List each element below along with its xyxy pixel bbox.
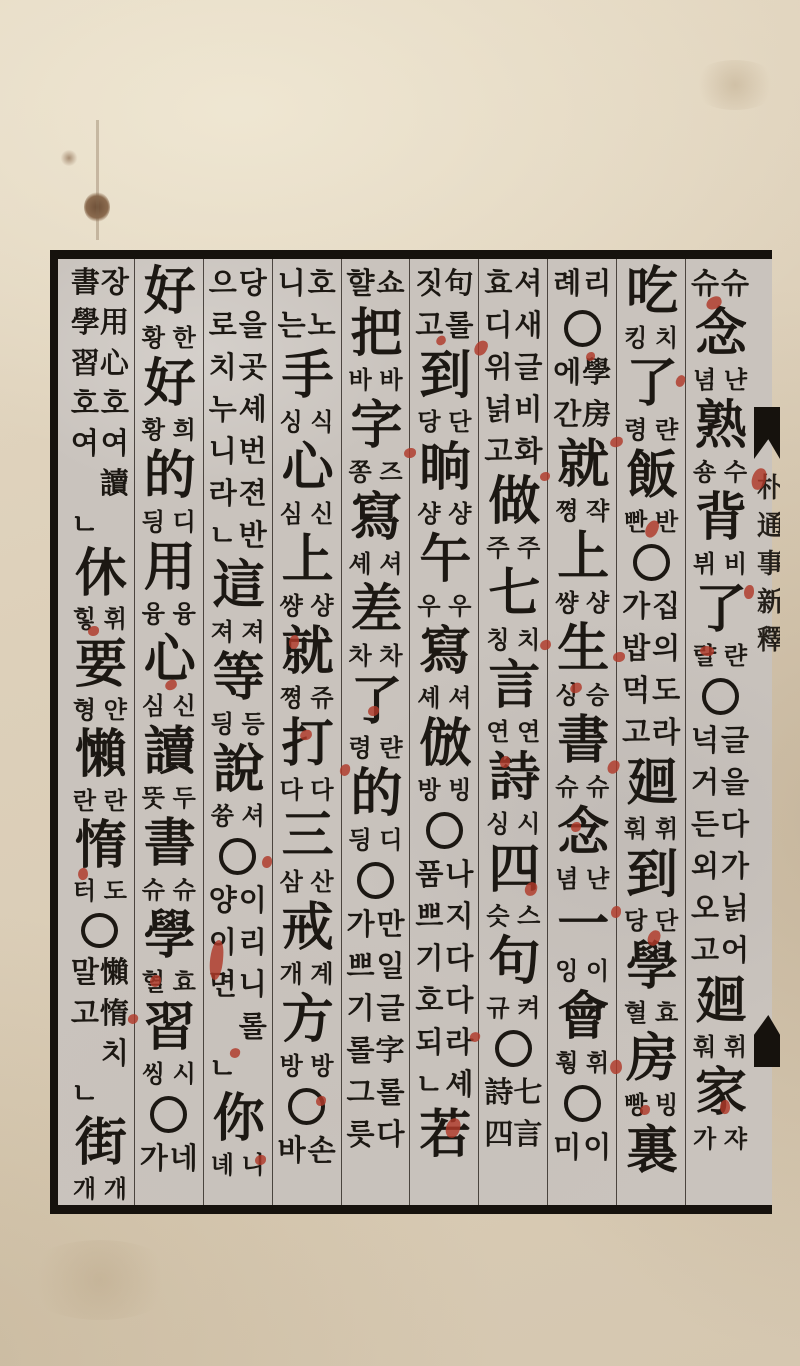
- gloss-right: 리: [239, 923, 267, 963]
- gloss-left: 양: [209, 881, 237, 921]
- reading-right: 차: [379, 642, 402, 672]
- reading-pair: 란란: [73, 786, 127, 817]
- gloss-left: 기: [347, 989, 375, 1029]
- gloss-right: 네: [170, 1139, 198, 1179]
- hanja-char: 裏: [626, 1122, 676, 1182]
- gloss-right: 句: [444, 264, 473, 304]
- gloss-right: 惰: [100, 994, 129, 1034]
- gloss-pair: 讀: [71, 464, 129, 504]
- reading-pair: 령랸: [624, 415, 678, 447]
- gloss-pair: 든다: [691, 804, 749, 846]
- reading-pair: 개개: [73, 1174, 127, 1205]
- gloss-pair: 기다: [415, 938, 473, 980]
- gloss-pair: 넉글: [691, 720, 749, 762]
- reading-left: 방: [417, 776, 440, 806]
- gloss-pair: 례리: [553, 263, 611, 305]
- hanja-char: 要: [75, 636, 125, 696]
- reading-right: 슈: [173, 876, 196, 906]
- reading-right: 랸: [655, 416, 678, 446]
- reading-left: 뷔: [693, 550, 716, 580]
- text-column-3: 례리에學간房就쪙쟉上썅샹生싱승書슈슈念념냔一잉이會훵휘미이: [547, 259, 616, 1205]
- hanja-char: 方: [282, 991, 332, 1051]
- hanja-char: 好: [144, 355, 194, 415]
- gloss-left: 넉: [691, 721, 719, 761]
- gloss-right: 言: [513, 1115, 542, 1155]
- reading-pair: 싱시: [486, 809, 540, 841]
- gloss-left: 詩: [484, 1073, 513, 1113]
- reading-pair: 뚯두: [142, 783, 196, 815]
- printed-text-block: 슈슈念념냔熟숑수背뷔비了랼랸넉글거을든다외가오닑고어廻훠휘家가쟈吃킹치了령랸飯빤…: [50, 250, 772, 1214]
- circle-marker: [81, 913, 118, 949]
- gloss-left: 품: [415, 855, 443, 895]
- hanja-char: 心: [282, 439, 332, 499]
- gloss-left: 든: [691, 805, 719, 845]
- reading-left: 념: [693, 366, 716, 396]
- gloss-right: 心: [100, 344, 129, 384]
- reading-right: 바: [379, 366, 402, 396]
- reading-pair: 쪙쥬: [280, 683, 334, 715]
- reading-pair: 싱식: [280, 407, 334, 439]
- reading-left: 쪙: [280, 684, 303, 714]
- reading-pair: 딍등: [211, 709, 265, 741]
- gloss-left: 고: [691, 931, 719, 971]
- reading-left: 가: [693, 1125, 716, 1155]
- gloss-left: ㄴ: [415, 1065, 443, 1105]
- gloss-right: 장: [101, 263, 129, 303]
- reading-pair: 연연: [486, 717, 540, 749]
- gloss-pair: 되라: [415, 1022, 473, 1064]
- gloss-right: 리: [583, 264, 611, 304]
- gloss-right: 번: [239, 432, 267, 472]
- fishtail-mark-bottom: [754, 1015, 780, 1067]
- reading-left: 셰: [349, 550, 372, 580]
- reading-right: 주: [517, 534, 540, 564]
- reading-right: 융: [173, 600, 196, 630]
- reading-right: 계: [310, 960, 333, 990]
- hanja-char: 說: [213, 741, 263, 801]
- gloss-pair: 먹도: [622, 670, 680, 712]
- gloss-pair: 가만: [347, 904, 405, 946]
- hanja-char: 晌: [419, 439, 469, 499]
- hanja-char: 三: [282, 807, 332, 867]
- gloss-pair: 그롤: [347, 1072, 405, 1114]
- reading-left: 녜: [211, 1151, 234, 1181]
- gloss-pair: 習心: [71, 344, 129, 384]
- reading-right: 연: [517, 718, 540, 748]
- gloss-right: 다: [377, 1115, 405, 1155]
- gloss-right: 당: [239, 264, 267, 304]
- reading-right: 수: [724, 458, 747, 488]
- reading-right: 냔: [724, 366, 747, 396]
- hanja-char: 的: [144, 447, 194, 507]
- gloss-right: 이: [583, 1128, 611, 1168]
- gloss-right: 다: [445, 981, 473, 1021]
- gloss-left: 여: [71, 424, 99, 464]
- circle-marker: [219, 838, 256, 875]
- hanja-char: 倣: [419, 715, 469, 775]
- hanja-char: 家: [695, 1064, 745, 1124]
- gloss-left: 거: [691, 763, 719, 803]
- reading-pair: 샹샹: [417, 499, 471, 531]
- gloss-left: ㄴ: [71, 505, 99, 545]
- reading-left: 란: [73, 787, 96, 817]
- reading-right: 샹: [448, 500, 471, 530]
- reading-pair: 썅샹: [280, 591, 334, 623]
- gloss-left: 호: [415, 981, 443, 1021]
- hanja-char: 一: [557, 896, 607, 956]
- reading-left: 숑: [693, 458, 716, 488]
- reading-right: 디: [379, 826, 402, 856]
- hanja-char: 廻: [626, 754, 676, 814]
- gloss-pair: 기글: [347, 988, 405, 1030]
- reading-left: 념: [555, 865, 578, 895]
- reading-pair: 잉이: [555, 956, 609, 988]
- gloss-pair: 니호: [278, 263, 336, 305]
- reading-pair: 가쟈: [693, 1124, 747, 1156]
- reading-right: 셔: [379, 550, 402, 580]
- gloss-left: 릇: [347, 1115, 375, 1155]
- reading-right: 두: [173, 784, 196, 814]
- gloss-pair: 짓句: [415, 263, 473, 305]
- gloss-left: 가: [347, 905, 375, 945]
- hanja-char: 到: [419, 347, 469, 407]
- gloss-right: 셰: [239, 390, 267, 430]
- hanja-char: 上: [282, 531, 332, 591]
- reading-pair: 녜니: [211, 1150, 265, 1182]
- gloss-right: 롤: [377, 1073, 405, 1113]
- gloss-left: 쁘: [415, 897, 443, 937]
- reading-pair: 방방: [280, 1051, 334, 1083]
- reading-right: 랸: [379, 734, 402, 764]
- text-column-4: 효셔디새위글넑비고화做주주七칭치言연연詩싱시四슷스句규켜詩七四言: [478, 259, 547, 1205]
- reading-right: 스: [517, 902, 540, 932]
- circle-marker: [288, 1088, 325, 1125]
- reading-left: 싱: [280, 408, 303, 438]
- gloss-right: 롤: [445, 306, 473, 346]
- gloss-pair: 거을: [691, 762, 749, 804]
- circle-marker: [426, 812, 463, 849]
- gloss-right: 라: [652, 713, 680, 753]
- gloss-right: 새: [514, 306, 542, 346]
- reading-left: 훵: [555, 1049, 578, 1079]
- hanja-char: 戒: [282, 899, 332, 959]
- gloss-pair: 으당: [209, 263, 267, 305]
- gloss-right: 讀: [100, 464, 129, 504]
- hanja-char: 熟: [695, 397, 745, 457]
- gloss-pair: 품나: [415, 854, 473, 896]
- hanja-char: 房: [626, 1030, 676, 1090]
- circle-marker: [357, 862, 394, 899]
- text-column-10: 書장學用習心호호여여讀ㄴ休힣휘要형얀懶란란惰터도말懶고惰치ㄴ街개개: [66, 259, 134, 1205]
- spine-title-char: 通: [757, 507, 780, 545]
- gloss-left: 學: [71, 303, 100, 343]
- reading-right: 치: [517, 626, 540, 656]
- gloss-pair: 고惰: [71, 994, 129, 1034]
- hanja-char: 言: [488, 657, 538, 717]
- reading-pair: 뷔비: [693, 549, 747, 581]
- reading-right: 쟉: [586, 497, 609, 527]
- gloss-pair: 고화: [484, 431, 542, 473]
- gloss-left: 위: [484, 348, 512, 388]
- reading-left: 훠: [693, 1033, 716, 1063]
- gloss-right: 지: [445, 897, 473, 937]
- reading-right: 랸: [724, 642, 747, 672]
- gloss-pair: 양이: [209, 880, 267, 922]
- gloss-right: 의: [652, 629, 680, 669]
- gloss-left: 먹: [622, 671, 650, 711]
- gloss-pair: 위글: [484, 347, 542, 389]
- gloss-left: 는: [278, 306, 306, 346]
- hanja-char: 念: [695, 305, 745, 365]
- hanja-char: 詩: [488, 749, 538, 809]
- reading-right: 얀: [104, 696, 127, 726]
- reading-pair: 바바: [349, 365, 403, 397]
- hanja-char: 背: [695, 489, 745, 549]
- gloss-left: 바: [278, 1131, 306, 1171]
- text-column-8: 으당로을치곳누셰니번라젼ㄴ반這져져等딍등說쓩셔양이이리면니롤ㄴ你녜니: [203, 259, 272, 1205]
- reading-left: 다: [280, 776, 303, 806]
- gloss-pair: 로을: [209, 305, 267, 347]
- gloss-left: ㄴ: [209, 516, 237, 556]
- reading-right: 쥬: [310, 684, 333, 714]
- reading-pair: 슈슈: [555, 772, 609, 804]
- gloss-pair: 에學: [553, 352, 611, 394]
- gloss-right: 글: [514, 348, 542, 388]
- gloss-left: 니: [278, 264, 306, 304]
- gloss-right: 호: [101, 384, 129, 424]
- hanja-char: 若: [419, 1106, 469, 1166]
- reading-left: 터: [73, 877, 96, 907]
- gloss-left: 디: [484, 306, 512, 346]
- reading-pair: 혈효: [624, 998, 678, 1030]
- reading-pair: 심신: [142, 691, 196, 723]
- hanja-char: 書: [557, 712, 607, 772]
- fishtail-mark-top: [754, 407, 780, 459]
- gloss-left: 가: [622, 587, 650, 627]
- reading-pair: 킹치: [624, 323, 678, 355]
- reading-pair: 쪙쟉: [555, 496, 609, 528]
- gloss-right: 셰: [445, 1065, 473, 1105]
- gloss-left: 고: [484, 432, 512, 472]
- gloss-right: 쇼: [377, 264, 405, 304]
- gloss-pair: 롤: [209, 1006, 267, 1048]
- reading-pair: 심신: [280, 499, 334, 531]
- gloss-right: 롤: [239, 1007, 267, 1047]
- reading-left: 형: [73, 696, 96, 726]
- gloss-pair: 오닑: [691, 888, 749, 930]
- gloss-left: ㄴ: [71, 1074, 99, 1114]
- reading-left: 혈: [624, 999, 647, 1029]
- reading-right: 우: [448, 592, 471, 622]
- reading-pair: 황한: [142, 323, 196, 355]
- reading-right: 효: [655, 999, 678, 1029]
- reading-left: 개: [73, 1175, 96, 1205]
- reading-right: 식: [310, 408, 333, 438]
- reading-pair: 딍디: [142, 507, 196, 539]
- gloss-right: 字: [376, 1031, 405, 1071]
- hanja-char: 把: [351, 305, 401, 365]
- gloss-pair: 는노: [278, 305, 336, 347]
- gloss-right: 셔: [514, 264, 542, 304]
- reading-right: 휘: [104, 605, 127, 635]
- gloss-left: 에: [553, 353, 581, 393]
- reading-right: 도: [104, 877, 127, 907]
- text-column-6: 햘쇼把바바字쫑즈寫셰셔差차차了령랸的딍디가만쁘일기글롤字그롤릇다: [341, 259, 410, 1205]
- reading-right: 비: [724, 550, 747, 580]
- gloss-left: 효: [484, 264, 512, 304]
- reading-left: 쫑: [349, 458, 372, 488]
- hanja-char: 的: [351, 765, 401, 825]
- reading-right: 샹: [310, 592, 333, 622]
- gloss-left: 그: [347, 1073, 375, 1113]
- reading-pair: 숑수: [693, 457, 747, 489]
- reading-left: 연: [486, 718, 509, 748]
- reading-pair: 우우: [417, 591, 471, 623]
- reading-pair: 개계: [280, 959, 334, 991]
- gloss-pair: 말懶: [71, 953, 129, 993]
- reading-pair: 방빙: [417, 775, 471, 807]
- gloss-pair: 치: [71, 1034, 129, 1074]
- gloss-pair: 書장: [71, 263, 129, 303]
- gloss-right: 닑: [721, 889, 749, 929]
- reading-right: 신: [173, 692, 196, 722]
- reading-left: 쪙: [555, 497, 578, 527]
- hanja-char: 字: [351, 397, 401, 457]
- reading-left: 심: [142, 692, 165, 722]
- gloss-pair: 치곳: [209, 347, 267, 389]
- gloss-left: 되: [415, 1023, 443, 1063]
- gloss-pair: ㄴ: [71, 505, 129, 545]
- gloss-pair: ㄴ셰: [415, 1064, 473, 1106]
- hanja-char: 你: [213, 1090, 263, 1150]
- gloss-left: 니: [209, 432, 237, 472]
- reading-right: 시: [173, 1060, 196, 1090]
- reading-left: 셰: [417, 684, 440, 714]
- reading-right: 방: [310, 1052, 333, 1082]
- reading-pair: 규켜: [486, 993, 540, 1025]
- reading-left: 황: [142, 324, 165, 354]
- gloss-right: 슈: [721, 264, 749, 304]
- gloss-left: 고: [622, 713, 650, 753]
- reading-pair: 다다: [280, 775, 334, 807]
- gloss-left: 라: [209, 474, 237, 514]
- gloss-left: 오: [691, 889, 719, 929]
- gloss-left: 로: [209, 306, 237, 346]
- spine-title: 朴通事新釋: [757, 469, 780, 659]
- gloss-pair: 四言: [484, 1114, 542, 1156]
- reading-right: 효: [173, 968, 196, 998]
- reading-right: 져: [242, 618, 265, 648]
- reading-left: 샹: [417, 500, 440, 530]
- reading-left: 융: [142, 600, 165, 630]
- reading-left: 삼: [280, 868, 303, 898]
- reading-right: 시: [517, 810, 540, 840]
- reading-pair: 슈슈: [142, 875, 196, 907]
- reading-right: 휘: [586, 1049, 609, 1079]
- reading-pair: 딍디: [349, 825, 403, 857]
- gloss-right: 노: [308, 306, 336, 346]
- hanja-char: 休: [75, 545, 125, 605]
- reading-pair: 훠휘: [624, 814, 678, 846]
- hanja-char: 寫: [351, 489, 401, 549]
- reading-right: 디: [173, 508, 196, 538]
- hanja-char: 好: [144, 263, 194, 323]
- reading-right: 란: [104, 787, 127, 817]
- gloss-pair: 호다: [415, 980, 473, 1022]
- reading-left: 슈: [142, 876, 165, 906]
- paper-stain: [84, 192, 110, 222]
- gloss-right: 글: [721, 721, 749, 761]
- gloss-right: 손: [308, 1131, 336, 1171]
- gloss-right: 곳: [239, 348, 267, 388]
- gloss-right: 用: [100, 303, 129, 343]
- gloss-pair: 쁘일: [347, 946, 405, 988]
- gloss-right: 이: [239, 881, 267, 921]
- gloss-left: 간: [553, 395, 581, 435]
- reading-right: 승: [586, 681, 609, 711]
- reading-pair: 훠휘: [693, 1032, 747, 1064]
- reading-left: 뚯: [142, 784, 165, 814]
- text-column-2: 吃킹치了령랸飯빤반가집밥의먹도고라廻훠휘到당단學혈효房빵빙裏: [616, 259, 685, 1205]
- gloss-right: 만: [377, 905, 405, 945]
- hanja-char: 上: [557, 528, 607, 588]
- hanja-char: 讀: [144, 723, 194, 783]
- circle-marker: [150, 1096, 187, 1133]
- reading-left: 차: [349, 642, 372, 672]
- reading-pair: 슷스: [486, 901, 540, 933]
- reading-pair: 져져: [211, 617, 265, 649]
- paper-stain: [20, 1240, 180, 1320]
- gloss-pair: 가네: [140, 1138, 198, 1180]
- reading-right: 빙: [655, 1091, 678, 1121]
- gloss-left: 누: [209, 390, 237, 430]
- hanja-char: 打: [282, 715, 332, 775]
- hanja-char: 用: [144, 539, 194, 599]
- gloss-right: 비: [514, 390, 542, 430]
- reading-left: 썅: [555, 589, 578, 619]
- gloss-right: 반: [239, 516, 267, 556]
- gloss-right: 글: [377, 989, 405, 1029]
- reading-left: 령: [624, 416, 647, 446]
- reading-left: 잉: [555, 957, 578, 987]
- circle-marker: [633, 544, 670, 581]
- paper-stain: [60, 150, 78, 166]
- hanja-char: 午: [419, 531, 469, 591]
- hanja-char: 學: [626, 938, 676, 998]
- gloss-pair: ㄴ: [71, 1074, 129, 1114]
- hanja-char: 到: [626, 846, 676, 906]
- gloss-pair: 효셔: [484, 263, 542, 305]
- gloss-left: 習: [71, 344, 100, 384]
- reading-pair: 랼랸: [693, 641, 747, 673]
- gloss-pair: 學用: [71, 303, 129, 343]
- reading-pair: 셰셔: [417, 683, 471, 715]
- gloss-pair: 詩七: [484, 1072, 542, 1114]
- reading-pair: 쫑즈: [349, 457, 403, 489]
- reading-left: 개: [280, 960, 303, 990]
- gloss-pair: 간房: [553, 394, 611, 436]
- reading-left: 령: [349, 734, 372, 764]
- reading-pair: 터도: [73, 877, 127, 908]
- gloss-pair: 릇다: [347, 1114, 405, 1156]
- reading-right: 산: [310, 868, 333, 898]
- gloss-pair: 밥의: [622, 628, 680, 670]
- reading-pair: 훵휘: [555, 1048, 609, 1080]
- spine-title-char: 事: [757, 545, 780, 583]
- reading-right: 이: [586, 957, 609, 987]
- reading-left: 주: [486, 534, 509, 564]
- gloss-pair: 바손: [278, 1130, 336, 1172]
